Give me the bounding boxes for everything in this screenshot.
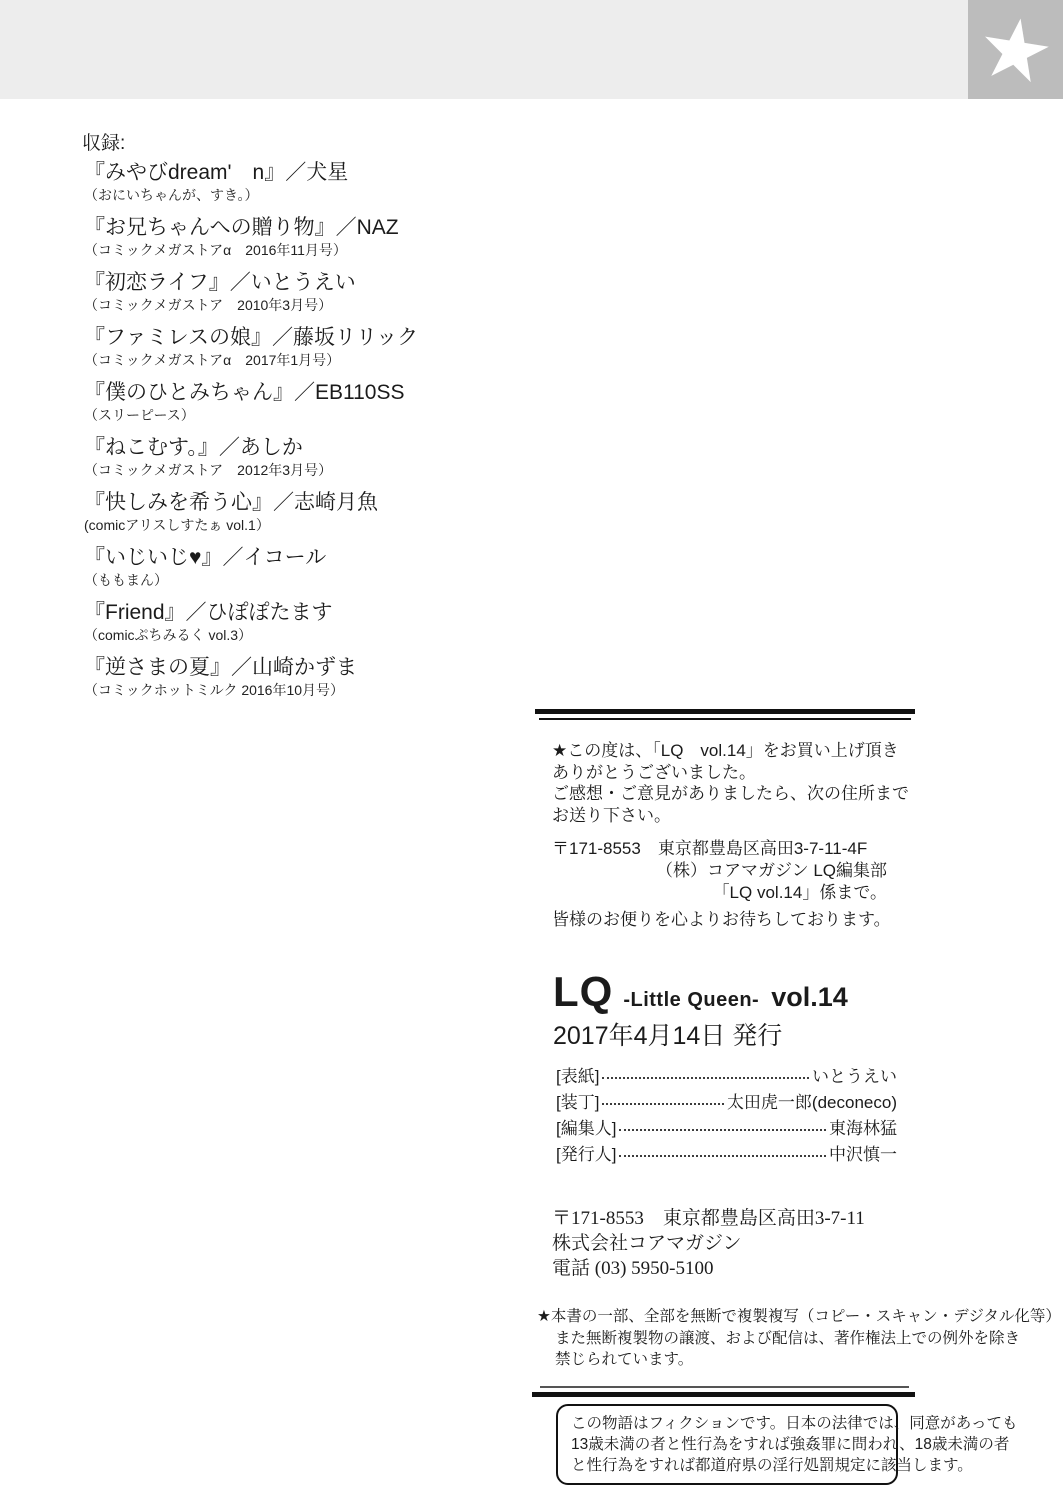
toc-entry: 『ねこむす。』／あしか （コミックメガストア 2012年3月号）: [84, 435, 524, 479]
rule-thin: [540, 1386, 909, 1388]
disclaimer-line: 13歳未満の者と性行為をすれば強姦罪に問われ、18歳未満の者: [571, 1434, 883, 1455]
publication-title-vol: vol.14: [771, 982, 848, 1013]
toc-entry-title: 『快しみを希う心』／志崎月魚: [84, 490, 524, 516]
send-address-block: 〒171-8553 東京都豊島区高田3-7-11-4F （株）コアマガジン LQ…: [535, 838, 915, 904]
publisher-company: 株式会社コアマガジン: [552, 1231, 865, 1256]
credit-role: [表紙]: [556, 1062, 599, 1087]
toc-entry: 『逆さまの夏』／山崎かずま （コミックホットミルク 2016年10月号）: [84, 655, 524, 699]
copyright-line-1: ★本書の一部、全部を無断で複製複写（コピー・スキャン・デジタル化等）: [537, 1306, 1037, 1328]
copyright-notice: ★本書の一部、全部を無断で複製複写（コピー・スキャン・デジタル化等） また無断複…: [537, 1306, 1037, 1371]
publication-title-main: LQ: [553, 968, 613, 1016]
toc-heading: 収録:: [82, 128, 125, 155]
toc-entry-source: （ももまん）: [84, 571, 524, 589]
thanks-line: ご感想・ご意見がありましたら、次の住所まで: [552, 783, 909, 805]
publisher-block: 〒171-8553 東京都豊島区高田3-7-11 株式会社コアマガジン 電話 (…: [552, 1206, 865, 1281]
toc-entry-source: （comicぷちみるく vol.3）: [84, 626, 524, 644]
toc-entry: 『お兄ちゃんへの贈り物』／NAZ （コミックメガストアα 2016年11月号）: [84, 215, 524, 259]
top-gray-band: ★: [0, 0, 1063, 99]
toc-entry-source: （コミックメガストアα 2017年1月号）: [84, 351, 524, 369]
toc-entry-title: 『ねこむす。』／あしか: [84, 435, 524, 461]
toc-entry: 『快しみを希う心』／志崎月魚 (comicアリスしすたぁ vol.1）: [84, 490, 524, 534]
thanks-line: お送り下さい。: [552, 805, 909, 827]
dotted-leader: [619, 1129, 826, 1131]
toc-entry-source: （スリーピース）: [84, 406, 524, 424]
thanks-line: ありがとうございました。: [552, 762, 909, 784]
credit-role: [編集人]: [556, 1114, 616, 1139]
toc-entry-source: (comicアリスしすたぁ vol.1）: [84, 516, 524, 534]
toc-entry: 『いじいじ♥』／イコール （ももまん）: [84, 545, 524, 589]
toc-entry-title: 『逆さまの夏』／山崎かずま: [84, 655, 524, 681]
publisher-postal: 〒171-8553 東京都豊島区高田3-7-11: [552, 1206, 865, 1231]
rule-thin: [539, 718, 911, 720]
send-address-company: （株）コアマガジン LQ編集部: [535, 860, 915, 882]
disclaimer-line: この物語はフィクションです。日本の法律では、同意があっても: [571, 1413, 883, 1434]
thanks-paragraph: ★この度は、「LQ vol.14」をお買い上げ頂き ありがとうございました。 ご…: [552, 740, 909, 826]
toc-entry: 『僕のひとみちゃん』／EB110SS （スリーピース）: [84, 380, 524, 424]
toc-list: 『みやびdream' n』／犬星 （おにいちゃんが、すき。） 『お兄ちゃんへの贈…: [84, 160, 524, 710]
waiting-line: 皆様のお便りを心よりお待ちしております。: [552, 905, 891, 930]
credit-name: いとうえい: [812, 1062, 897, 1087]
toc-entry-title: 『お兄ちゃんへの贈り物』／NAZ: [84, 215, 524, 241]
copyright-line-2: また無断複製物の譲渡、および配信は、著作権法上での例外を除き: [537, 1328, 1037, 1350]
rule-thick: [535, 709, 915, 714]
toc-entry: 『ファミレスの娘』／藤坂リリック （コミックメガストアα 2017年1月号）: [84, 325, 524, 369]
send-address-dept: 「LQ vol.14」係まで。: [535, 882, 915, 904]
star-box: ★: [968, 0, 1063, 99]
toc-entry-source: （おにいちゃんが、すき。）: [84, 186, 524, 204]
credit-role: [発行人]: [556, 1140, 616, 1165]
toc-entry-source: （コミックホットミルク 2016年10月号）: [84, 681, 524, 699]
credit-name: 中沢慎一: [829, 1140, 897, 1165]
publication-date: 2017年4月14日 発行: [553, 1016, 782, 1052]
credit-name: 太田虎一郎(deconeco): [727, 1088, 897, 1113]
publication-title: LQ -Little Queen- vol.14: [553, 968, 848, 1016]
credit-row: [編集人] 東海林猛: [556, 1114, 897, 1140]
colophon-top-rule: [535, 709, 915, 720]
toc-entry: 『みやびdream' n』／犬星 （おにいちゃんが、すき。）: [84, 160, 524, 204]
toc-entry-title: 『いじいじ♥』／イコール: [84, 545, 524, 571]
colophon-bottom-rule: [532, 1386, 915, 1397]
toc-entry-title: 『初恋ライフ』／いとうえい: [84, 270, 524, 296]
dotted-leader: [602, 1103, 723, 1105]
star-icon: ★: [972, 2, 1060, 97]
dotted-leader: [619, 1155, 826, 1157]
dotted-leader: [602, 1077, 809, 1079]
credit-row: [表紙] いとうえい: [556, 1062, 897, 1088]
thanks-line: ★この度は、「LQ vol.14」をお買い上げ頂き: [552, 740, 909, 762]
colophon-page: ★ 収録: 『みやびdream' n』／犬星 （おにいちゃんが、すき。） 『お兄…: [0, 0, 1063, 1500]
credit-name: 東海林猛: [829, 1114, 897, 1139]
toc-entry-title: 『みやびdream' n』／犬星: [84, 160, 524, 186]
toc-entry: 『初恋ライフ』／いとうえい （コミックメガストア 2010年3月号）: [84, 270, 524, 314]
credit-row: [装丁] 太田虎一郎(deconeco): [556, 1088, 897, 1114]
publication-title-sub: -Little Queen-: [623, 989, 759, 1012]
toc-entry-source: （コミックメガストア 2012年3月号）: [84, 461, 524, 479]
toc-entry-source: （コミックメガストア 2010年3月号）: [84, 296, 524, 314]
toc-entry-title: 『僕のひとみちゃん』／EB110SS: [84, 380, 524, 406]
toc-entry: 『Friend』／ひぽぽたます （comicぷちみるく vol.3）: [84, 600, 524, 644]
toc-entry-source: （コミックメガストアα 2016年11月号）: [84, 241, 524, 259]
copyright-line-3: 禁じられています。: [537, 1349, 1037, 1371]
publisher-phone: 電話 (03) 5950-5100: [552, 1256, 865, 1281]
toc-entry-title: 『ファミレスの娘』／藤坂リリック: [84, 325, 524, 351]
disclaimer-line: と性行為をすれば都道府県の淫行処罰規定に該当します。: [571, 1455, 883, 1476]
credit-row: [発行人] 中沢慎一: [556, 1140, 897, 1166]
toc-entry-title: 『Friend』／ひぽぽたます: [84, 600, 524, 626]
credit-role: [装丁]: [556, 1088, 599, 1113]
fiction-disclaimer-box: この物語はフィクションです。日本の法律では、同意があっても 13歳未満の者と性行…: [556, 1404, 898, 1485]
credits-table: [表紙] いとうえい [装丁] 太田虎一郎(deconeco) [編集人] 東海…: [556, 1062, 897, 1166]
rule-thick: [532, 1392, 915, 1397]
send-address-postal: 〒171-8553 東京都豊島区高田3-7-11-4F: [535, 838, 915, 860]
